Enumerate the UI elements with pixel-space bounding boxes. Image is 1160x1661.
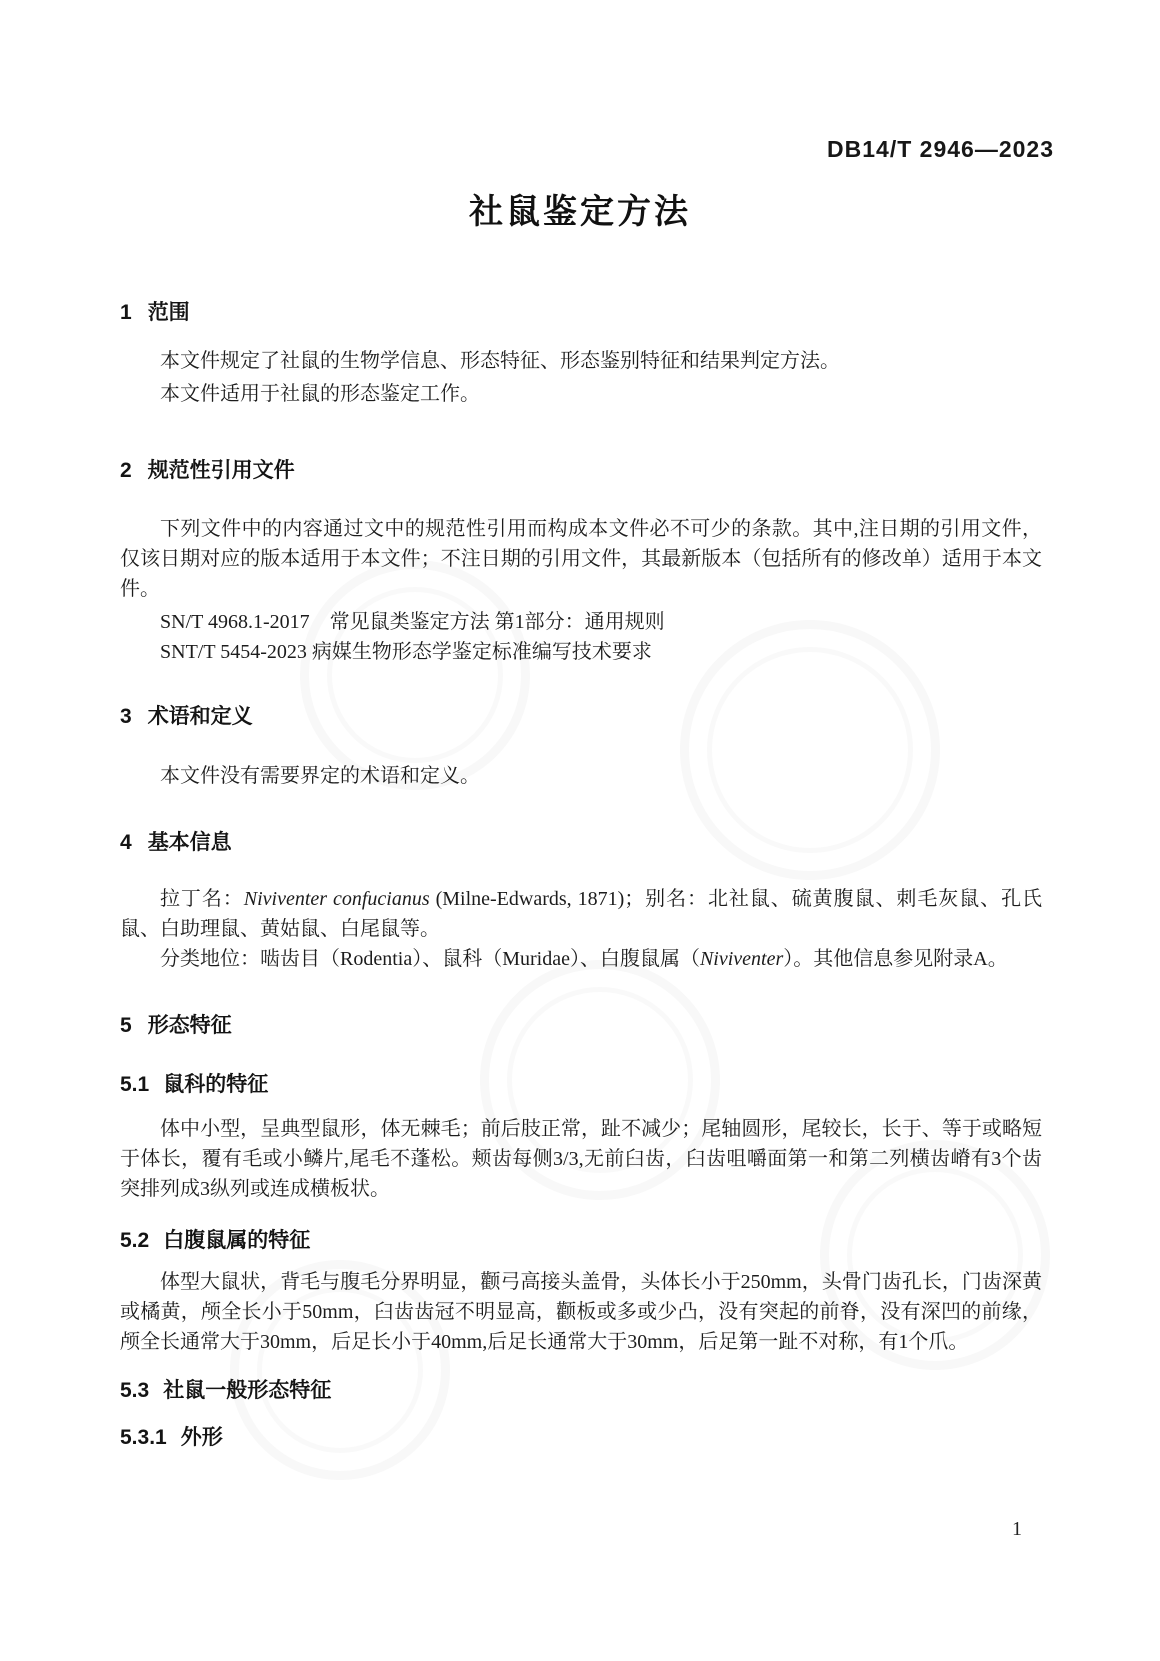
scope-paragraph-2: 本文件适用于社鼠的形态鉴定工作。 [120,379,1042,409]
section-5-2-heading: 5.2白腹鼠属的特征 [120,1224,1042,1254]
section-3-title: 术语和定义 [148,705,253,728]
niviventer-genus-paragraph: 体型大鼠状，背毛与腹毛分界明显，颧弓高接头盖骨，头体长小于250mm，头骨门齿孔… [120,1267,1042,1357]
section-5-number: 5 [120,1014,132,1038]
section-3-number: 3 [120,705,132,729]
page-number: 1 [1012,1518,1022,1541]
section-5-title: 形态特征 [148,1014,232,1037]
section-1-title: 范围 [148,301,190,324]
normative-refs-intro: 下列文件中的内容通过文中的规范性引用而构成本文件必不可少的条款。其中,注日期的引… [120,514,1042,604]
section-5-1-title: 鼠科的特征 [163,1073,268,1096]
taxonomy-suffix: ）。其他信息参见附录A。 [783,948,1007,970]
latin-name-paragraph: 拉丁名：Niviventer confucianus (Milne-Edward… [120,884,1042,944]
section-2-heading: 2规范性引用文件 [120,454,1042,484]
latin-name-label: 拉丁名： [160,888,244,910]
reference-entry-1: SN/T 4968.1-2017 常见鼠类鉴定方法 第1部分：通用规则 [160,607,1042,637]
taxonomy-genus-name: Niviventer [700,948,783,970]
section-4-number: 4 [120,831,132,855]
muridae-paragraph: 体中小型，呈典型鼠形，体无棘毛；前后肢正常，趾不减少；尾轴圆形，尾较长，长于、等… [120,1114,1042,1204]
section-2-title: 规范性引用文件 [148,459,295,482]
section-5-2-number: 5.2 [120,1229,149,1253]
terms-paragraph: 本文件没有需要界定的术语和定义。 [120,761,1042,791]
taxonomy-paragraph: 分类地位：啮齿目（Rodentia）、鼠科（Muridae）、白腹鼠属（Nivi… [120,944,1042,974]
section-5-1-heading: 5.1鼠科的特征 [120,1068,1042,1098]
section-4-title: 基本信息 [148,831,232,854]
section-5-3-1-heading: 5.3.1外形 [120,1421,1042,1451]
section-5-heading: 5形态特征 [120,1009,1042,1039]
section-5-1-number: 5.1 [120,1073,149,1097]
section-5-3-number: 5.3 [120,1379,149,1403]
section-2-number: 2 [120,459,132,483]
document-page: DB14/T 2946—2023 社鼠鉴定方法 1范围 本文件规定了社鼠的生物学… [0,0,1160,1661]
section-5-3-1-title: 外形 [181,1426,223,1449]
section-5-2-title: 白腹鼠属的特征 [163,1229,310,1252]
document-title: 社鼠鉴定方法 [0,184,1160,233]
section-1-heading: 1范围 [120,296,1042,326]
reference-entry-2: SNT/T 5454-2023 病媒生物形态学鉴定标准编写技术要求 [160,637,1042,667]
latin-species-name: Niviventer confucianus [244,888,430,910]
section-1-number: 1 [120,301,132,325]
taxonomy-prefix: 分类地位：啮齿目（Rodentia）、鼠科（Muridae）、白腹鼠属（ [160,948,700,970]
standard-code: DB14/T 2946—2023 [827,136,1054,163]
section-5-3-1-number: 5.3.1 [120,1426,167,1450]
section-4-heading: 4基本信息 [120,826,1042,856]
section-3-heading: 3术语和定义 [120,700,1042,730]
scope-paragraph-1: 本文件规定了社鼠的生物学信息、形态特征、形态鉴别特征和结果判定方法。 [120,346,1042,376]
section-5-3-heading: 5.3社鼠一般形态特征 [120,1374,1042,1404]
section-5-3-title: 社鼠一般形态特征 [163,1379,331,1402]
